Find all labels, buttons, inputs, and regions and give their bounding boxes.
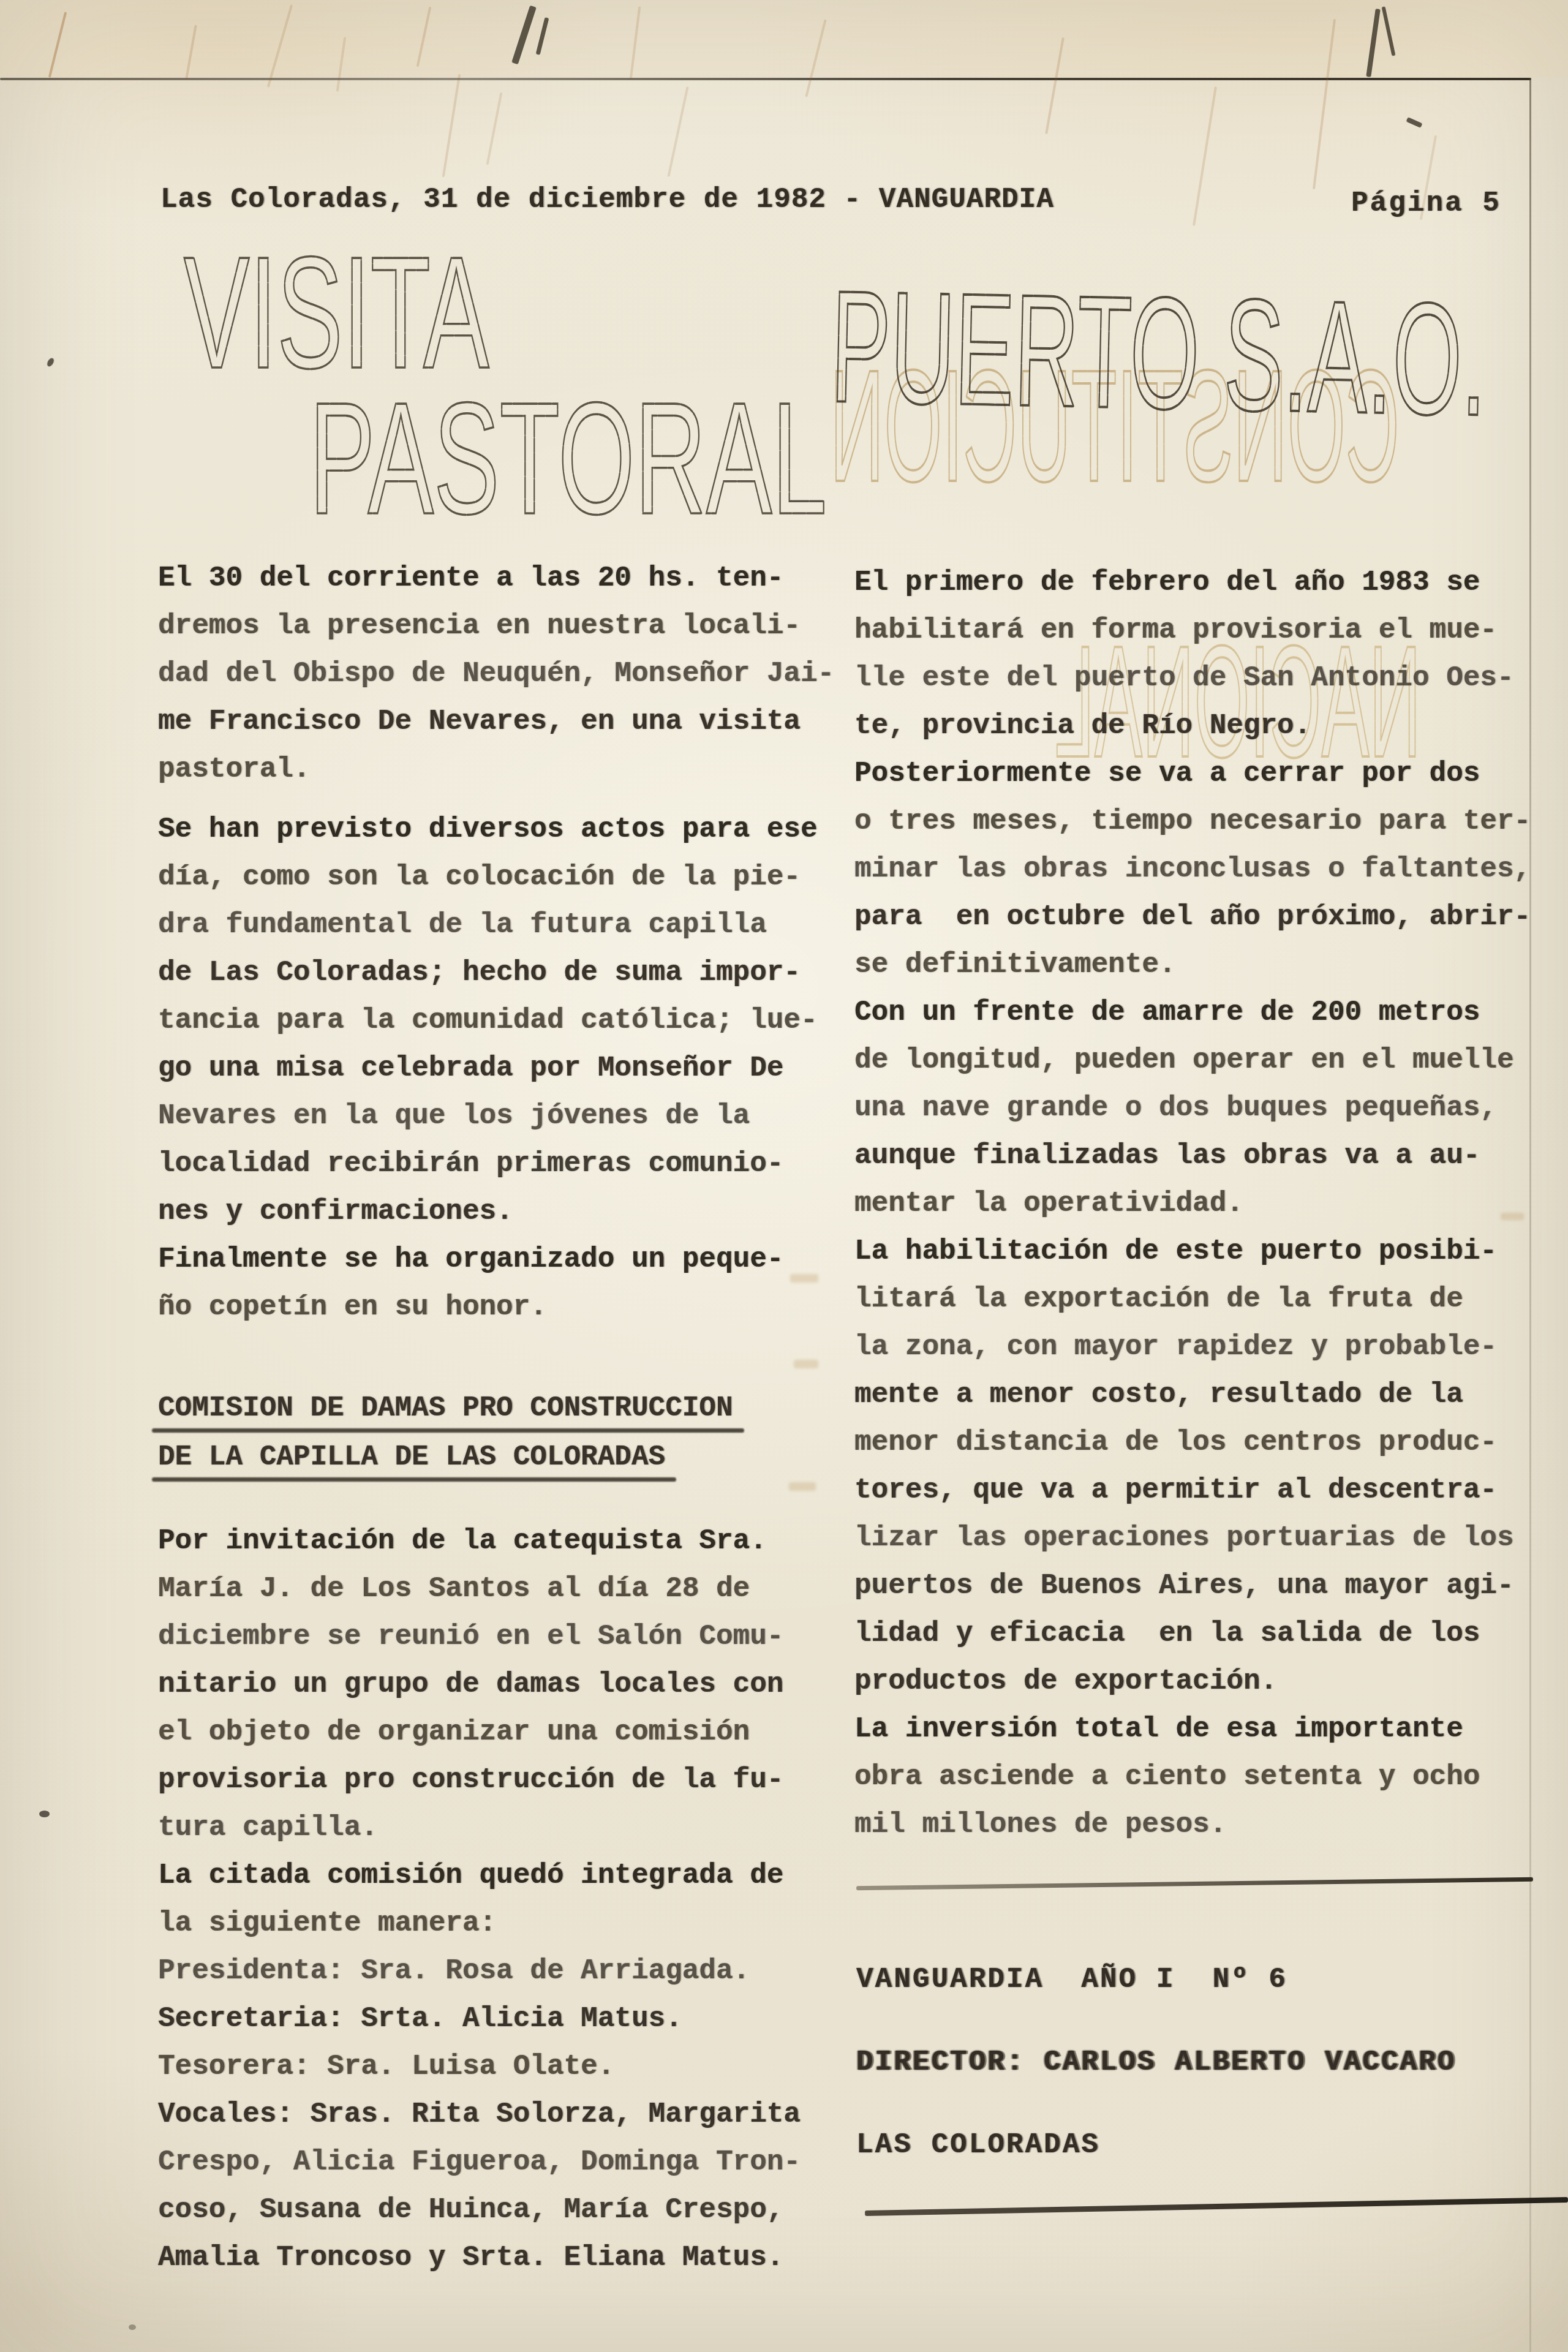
title-word-visita: VISITA [184, 245, 489, 401]
text-line: Finalmente se ha organizado un peque- [158, 1235, 850, 1283]
footer-box-top-rule [856, 1877, 1533, 1890]
text-line: provisoria pro construcción de la fu- [158, 1756, 850, 1804]
text-line: dra fundamental de la futura capilla [158, 901, 850, 949]
paragraph: Finalmente se ha organizado un peque-ño … [158, 1235, 850, 1331]
text-line: se definitivamente. [854, 941, 1556, 989]
text-line: Secretaria: Srta. Alicia Matus. [158, 1995, 850, 2043]
dateline: Las Coloradas, 31 de diciembre de 1982 -… [160, 184, 1054, 216]
paragraph: Con un frente de amarre de 200 metrosde … [854, 989, 1556, 1227]
text-line: menor distancia de los centros produc- [854, 1419, 1556, 1466]
scratch-mark [667, 86, 688, 177]
text-line: tura capilla. [158, 1804, 850, 1852]
text-line: mil millones de pesos. [854, 1801, 1556, 1849]
text-line: dremos la presencia en nuestra locali- [158, 602, 850, 650]
text-line: obra asciende a ciento setenta y ocho [854, 1753, 1556, 1801]
paragraph: El primero de febrero del año 1983 sehab… [854, 559, 1556, 750]
paragraph: El 30 del corriente a las 20 hs. ten-dre… [158, 554, 850, 793]
ink-speck [129, 2324, 136, 2330]
text-line: nes y confirmaciones. [158, 1188, 850, 1235]
text-line: puertos de Buenos Aires, una mayor agi- [854, 1562, 1556, 1610]
text-line: Por invitación de la catequista Sra. [158, 1517, 850, 1565]
text-line: minar las obras inconclusas o faltantes, [854, 845, 1556, 893]
paragraph: La inversión total de esa importanteobra… [854, 1705, 1556, 1849]
text-line: dad del Obispo de Neuquén, Monseñor Jai- [158, 650, 850, 698]
text-line: pastoral. [158, 745, 850, 793]
text-line: Crespo, Alicia Figueroa, Dominga Tron- [158, 2138, 850, 2186]
text-line: localidad recibirán primeras comunio- [158, 1140, 850, 1188]
left-column: El 30 del corriente a las 20 hs. ten-dre… [158, 554, 850, 2282]
scratch-mark [486, 92, 503, 165]
text-line: La habilitación de este puerto posibi- [854, 1227, 1556, 1275]
text-line: coso, Susana de Huinca, María Crespo, [158, 2186, 850, 2234]
text-line: litará la exportación de la fruta de [854, 1275, 1556, 1323]
text-line: la zona, con mayor rapidez y probable- [854, 1323, 1556, 1371]
paragraph: Por invitación de la catequista Sra.Marí… [158, 1517, 850, 1852]
text-line: lle este del puerto de San Antonio Oes- [854, 654, 1556, 702]
title-word-puerto-sao: PUERTO S.A.O. [829, 263, 1489, 449]
text-line: de longitud, pueden operar en el muelle [854, 1036, 1556, 1084]
masthead-location: LAS COLORADAS [856, 2104, 1456, 2187]
text-line: mentar la operatividad. [854, 1180, 1556, 1227]
text-line: nitario un grupo de damas locales con [158, 1660, 850, 1708]
text-line: lidad y eficacia en la salida de los [854, 1610, 1556, 1657]
text-line: una nave grande o dos buques pequeñas, [854, 1084, 1556, 1132]
left-article-title: VISITA PASTORAL [171, 245, 882, 563]
ghost-text-constitucion: CONSTITUCION [830, 337, 1400, 516]
right-column: El primero de febrero del año 1983 sehab… [854, 559, 1556, 1849]
text-line: Posteriormente se va a cerrar por dos [854, 750, 1556, 797]
text-line: El primero de febrero del año 1983 se [854, 559, 1556, 606]
ink-speck [39, 1811, 50, 1817]
text-line: o tres meses, tiempo necesario para ter- [854, 797, 1556, 845]
masthead-issue: VANGUARDIA AÑO I Nº 6 [856, 1939, 1456, 2021]
text-line: el objeto de organizar una comisión [158, 1708, 850, 1756]
text-line: de Las Coloradas; hecho de suma impor- [158, 949, 850, 997]
text-line: la siguiente manera: [158, 1899, 850, 1947]
text-line: lizar las operaciones portuarias de los [854, 1514, 1556, 1562]
text-line: El 30 del corriente a las 20 hs. ten- [158, 554, 850, 602]
text-line: productos de exportación. [854, 1657, 1556, 1705]
text-line: Tesorera: Sra. Luisa Olate. [158, 2043, 850, 2090]
text-line: ño copetín en su honor. [158, 1283, 850, 1331]
subheading-line: DE LA CAPILLA DE LAS COLORADAS [158, 1433, 665, 1482]
paragraph: Posteriormente se va a cerrar por doso t… [854, 750, 1556, 989]
text-line: aunque finalizadas las obras va a au- [854, 1132, 1556, 1180]
text-line: día, como son la colocación de la pie- [158, 853, 850, 901]
text-line: go una misa celebrada por Monseñor De [158, 1044, 850, 1092]
page-number: Página 5 [1351, 187, 1501, 219]
ink-speck [46, 357, 55, 367]
text-line: me Francisco De Nevares, en una visita [158, 698, 850, 745]
masthead-director: DIRECTOR: CARLOS ALBERTO VACCARO [856, 2021, 1456, 2104]
text-line: Se han previsto diversos actos para ese [158, 805, 850, 853]
text-line: tores, que va a permitir al descentra- [854, 1466, 1556, 1514]
scratch-mark [1193, 86, 1217, 226]
text-line: María J. de Los Santos al día 28 de [158, 1565, 850, 1613]
paragraph: La habilitación de este puerto posibi-li… [854, 1227, 1556, 1705]
paragraph: La citada comisión quedó integrada dela … [158, 1852, 850, 2282]
masthead-box: VANGUARDIA AÑO I Nº 6 DIRECTOR: CARLOS A… [856, 1939, 1456, 2187]
text-line: Vocales: Sras. Rita Solorza, Margarita [158, 2090, 850, 2138]
text-line: Amalia Troncoso y Srta. Eliana Matus. [158, 2234, 850, 2282]
text-line: habilitará en forma provisoria el mue- [854, 606, 1556, 654]
text-line: Con un frente de amarre de 200 metros [854, 989, 1556, 1036]
ink-smudge [1406, 117, 1422, 128]
text-line: Nevares en la que los jóvenes de la [158, 1092, 850, 1140]
text-line: mente a menor costo, resultado de la [854, 1371, 1556, 1419]
text-line: para en octubre del año próximo, abrir- [854, 893, 1556, 941]
text-line: diciembre se reunió en el Salón Comu- [158, 1613, 850, 1660]
text-line: La inversión total de esa importante [854, 1705, 1556, 1753]
footer-box-bottom-rule [865, 2197, 1568, 2216]
text-line: te, provincia de Río Negro. [854, 702, 1556, 750]
subheading-line: COMISION DE DAMAS PRO CONSTRUCCION [158, 1384, 733, 1433]
section-subheading: COMISION DE DAMAS PRO CONSTRUCCION DE LA… [158, 1384, 850, 1482]
scratch-mark [442, 74, 461, 178]
paragraph: Se han previsto diversos actos para esed… [158, 805, 850, 1235]
text-line: Presidenta: Sra. Rosa de Arriagada. [158, 1947, 850, 1995]
text-line: La citada comisión quedó integrada de [158, 1852, 850, 1899]
text-line: tancia para la comunidad católica; lue- [158, 997, 850, 1044]
top-rule [0, 78, 1531, 80]
title-word-pastoral: PASTORAL [309, 369, 827, 547]
scanned-newspaper-page: Las Coloradas, 31 de diciembre de 1982 -… [0, 0, 1568, 2352]
